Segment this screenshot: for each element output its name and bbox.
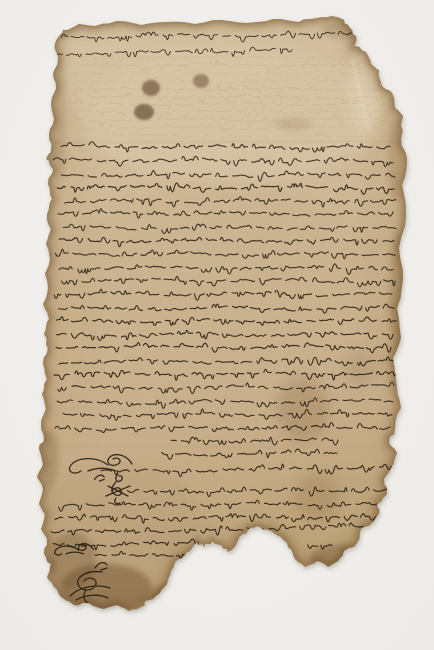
stain bbox=[388, 120, 402, 200]
manuscript-scene bbox=[0, 0, 434, 650]
stain bbox=[142, 80, 160, 96]
stain bbox=[134, 104, 154, 120]
stain bbox=[344, 348, 374, 388]
manuscript-photograph bbox=[0, 0, 434, 650]
stain bbox=[48, 532, 96, 588]
paper-tone-patch bbox=[50, 180, 390, 420]
stain bbox=[193, 74, 209, 88]
stain bbox=[275, 118, 311, 130]
stain bbox=[295, 473, 339, 521]
stain bbox=[276, 377, 330, 441]
stain bbox=[54, 60, 66, 180]
